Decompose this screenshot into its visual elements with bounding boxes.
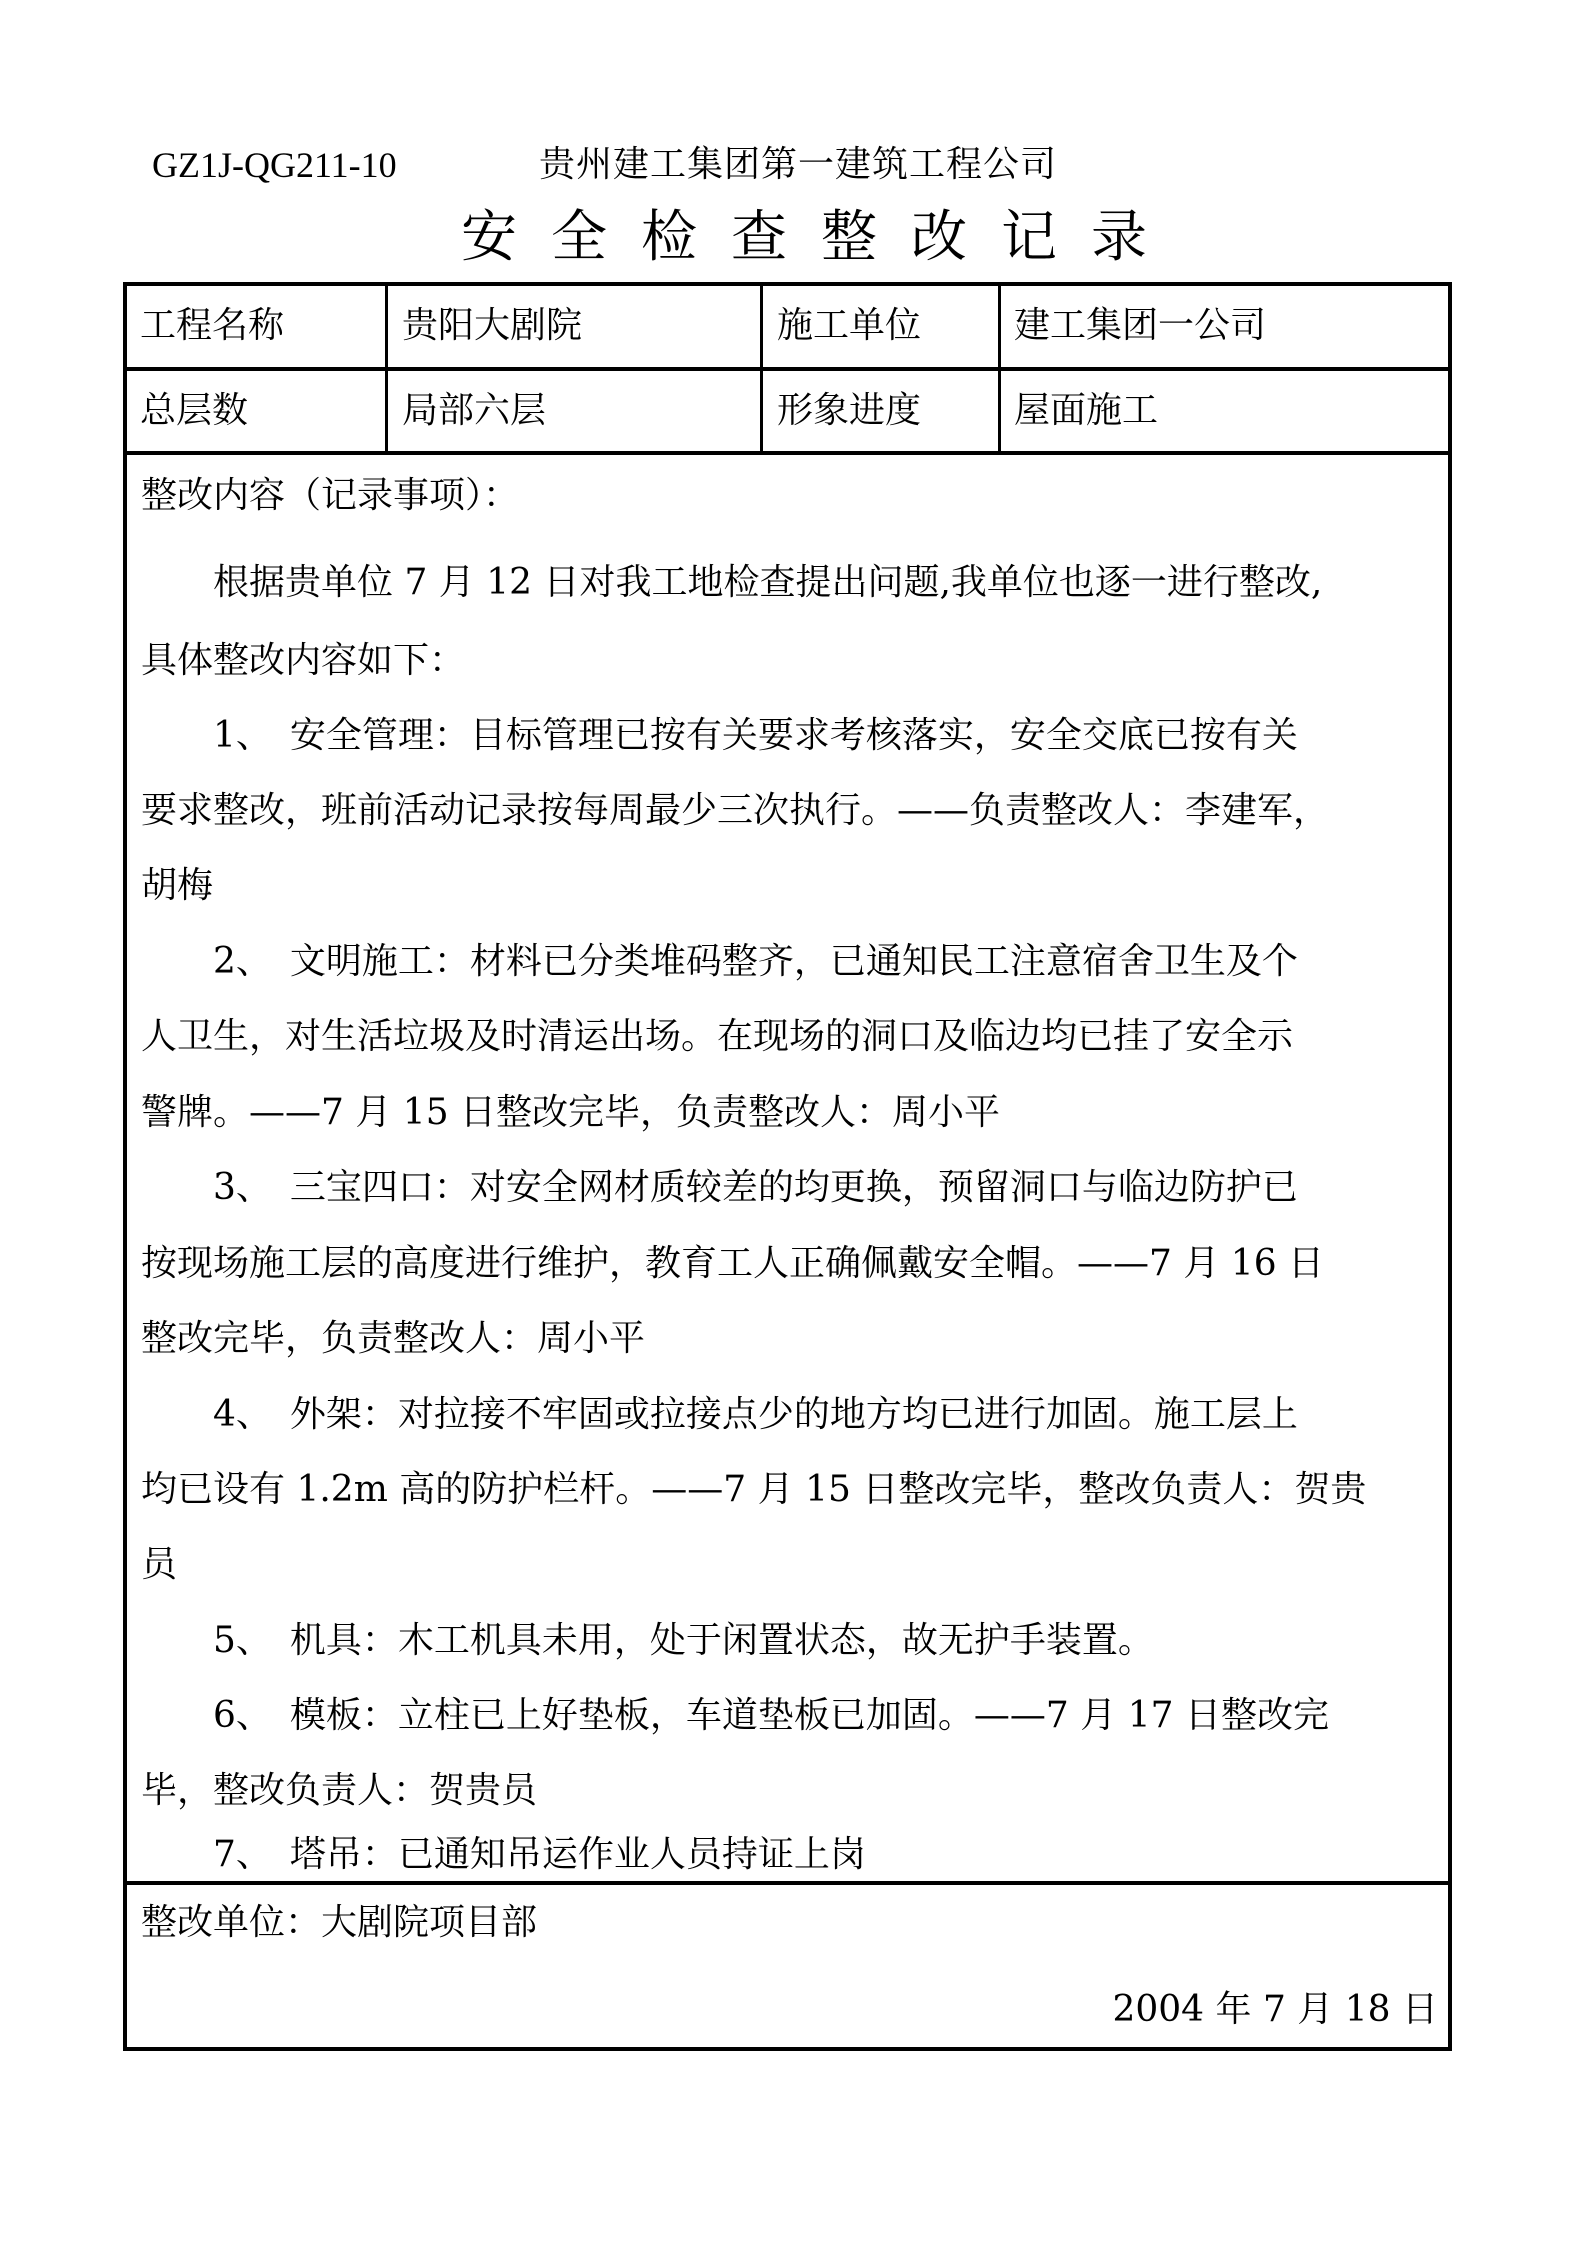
content-line: 人卫生，对生活垃圾及时清运出场。在现场的洞口及临边均已挂了安全示 — [141, 1017, 1293, 1057]
content-line: 警牌。——7 月 15 日整改完毕，负责整改人：周小平 — [141, 1093, 1000, 1133]
content-line: 2、 文明施工：材料已分类堆码整齐，已通知民工注意宿舍卫生及个 — [141, 942, 1298, 982]
record-date: 2004 年 7 月 18 日 — [1112, 1990, 1438, 2030]
value-construction-unit: 建工集团一公司 — [1014, 306, 1266, 346]
content-line: 1、 安全管理：目标管理已按有关要求考核落实，安全交底已按有关 — [141, 716, 1298, 756]
content-line: 要求整改，班前活动记录按每周最少三次执行。——负责整改人：李建军， — [141, 791, 1329, 831]
row-divider — [123, 451, 1452, 455]
content-line: 4、 外架：对拉接不牢固或拉接点少的地方均已进行加固。施工层上 — [141, 1395, 1298, 1435]
value-total-floors: 局部六层 — [402, 391, 546, 431]
content-line: 员 — [141, 1545, 177, 1585]
label-progress: 形象进度 — [777, 391, 921, 431]
content-heading: 整改内容（记录事项）： — [141, 476, 519, 516]
content-line: 3、 三宝四口：对安全网材质较差的均更换，预留洞口与临边防护已 — [141, 1168, 1298, 1208]
content-line: 根据贵单位 7 月 12 日对我工地检查提出问题,我单位也逐一进行整改, — [141, 563, 1322, 603]
content-line: 按现场施工层的高度进行维护，教育工人正确佩戴安全帽。——7 月 16 日 — [141, 1244, 1324, 1284]
row-divider — [123, 367, 1452, 371]
content-line: 均已设有 1.2m 高的防护栏杆。——7 月 15 日整改完毕，整改负责人：贺贵 — [141, 1470, 1366, 1510]
column-divider — [998, 284, 1001, 453]
content-line: 胡梅 — [141, 866, 213, 906]
value-project-name: 贵阳大剧院 — [402, 306, 582, 346]
label-construction-unit: 施工单位 — [777, 306, 921, 346]
row-divider — [123, 1881, 1452, 1885]
page-title: 安全检查整改记录 — [461, 205, 1181, 271]
content-line: 具体整改内容如下： — [141, 641, 465, 681]
content-line: 7、 塔吊：已通知吊运作业人员持证上岗 — [141, 1835, 866, 1875]
document-code: GZ1J-QG211-10 — [152, 140, 397, 190]
content-line: 毕，整改负责人：贺贵员 — [141, 1771, 537, 1811]
company-name: 贵州建工集团第一建筑工程公司 — [539, 140, 1057, 190]
content-line: 5、 机具：木工机具未用，处于闲置状态，故无护手装置。 — [141, 1621, 1154, 1661]
column-divider — [385, 284, 388, 453]
value-progress: 屋面施工 — [1014, 391, 1158, 431]
content-line: 6、 模板：立柱已上好垫板，车道垫板已加固。——7 月 17 日整改完 — [141, 1696, 1329, 1736]
rectification-unit: 整改单位：大剧院项目部 — [141, 1903, 537, 1943]
label-total-floors: 总层数 — [140, 391, 248, 431]
label-project-name: 工程名称 — [140, 306, 284, 346]
column-divider — [760, 284, 763, 453]
content-line: 整改完毕，负责整改人：周小平 — [141, 1319, 645, 1359]
